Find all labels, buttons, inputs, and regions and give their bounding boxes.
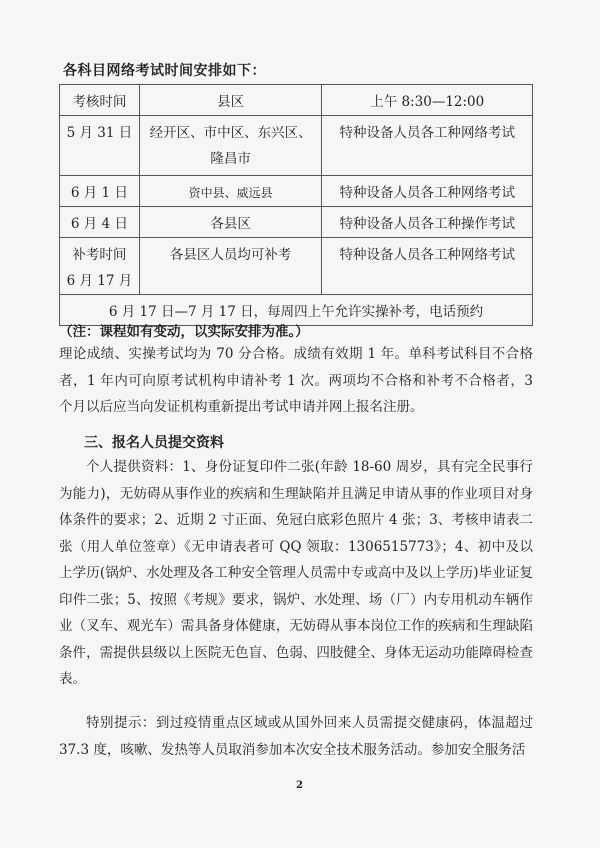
section-heading: 三、报名人员提交资料 — [84, 432, 224, 452]
cell-time: 6 月 1 日 — [60, 176, 140, 207]
document-page: 各科目网络考试时间安排如下： 考核时间 县区 上午 8:30—12:00 5 月… — [0, 0, 600, 848]
paragraph-scores: 理论成绩、实操考试均为 70 分合格。成绩有效期 1 年。单科考试科目不合格者，… — [59, 341, 533, 421]
cell-time: 6 月 4 日 — [60, 207, 140, 238]
table-header-row: 考核时间 县区 上午 8:30—12:00 — [60, 85, 533, 116]
paragraph-materials: 个人提供资料：1、身份证复印件二张(年龄 18-60 周岁，具有完全民事行为能力… — [59, 454, 533, 693]
table-row: 补考时间 6 月 17 月 各县区人员均可补考 特种设备人员各工种网络考试 — [60, 238, 533, 295]
cell-county: 各县区人员均可补考 — [139, 238, 322, 295]
schedule-note: （注：课程如有变动，以实际安排为准。） — [59, 320, 309, 340]
table-row: 5 月 31 日 经开区、市中区、东兴区、隆昌市 特种设备人员各工种网络考试 — [60, 116, 533, 176]
paragraph-special-notice: 特别提示：到过疫情重点区域或从国外回来人员需提交健康码，体温超过 37.3 度，… — [59, 710, 533, 763]
cell-subject: 特种设备人员各工种网络考试 — [322, 116, 533, 176]
cell-subject: 特种设备人员各工种操作考试 — [322, 207, 533, 238]
cell-county: 经开区、市中区、东兴区、隆昌市 — [139, 116, 322, 176]
exam-schedule-table: 考核时间 县区 上午 8:30—12:00 5 月 31 日 经开区、市中区、东… — [59, 84, 533, 326]
header-cell-session: 上午 8:30—12:00 — [322, 85, 533, 116]
makeup-label: 补考时间 — [64, 242, 135, 268]
page-number: 2 — [296, 780, 303, 791]
cell-time: 补考时间 6 月 17 月 — [60, 238, 140, 295]
cell-subject: 特种设备人员各工种网络考试 — [322, 238, 533, 295]
cell-county: 各县区 — [139, 207, 322, 238]
cell-subject: 特种设备人员各工种网络考试 — [322, 176, 533, 207]
cell-county: 资中县、威远县 — [139, 176, 322, 207]
header-cell-county: 县区 — [139, 85, 322, 116]
cell-time: 5 月 31 日 — [60, 116, 140, 176]
schedule-caption: 各科目网络考试时间安排如下： — [63, 60, 266, 80]
table-row: 6 月 1 日 资中县、威远县 特种设备人员各工种网络考试 — [60, 176, 533, 207]
makeup-date: 6 月 17 月 — [64, 268, 135, 294]
header-cell-time: 考核时间 — [60, 85, 140, 116]
county-text: 资中县、威远县 — [189, 186, 273, 200]
table-row: 6 月 4 日 各县区 特种设备人员各工种操作考试 — [60, 207, 533, 238]
